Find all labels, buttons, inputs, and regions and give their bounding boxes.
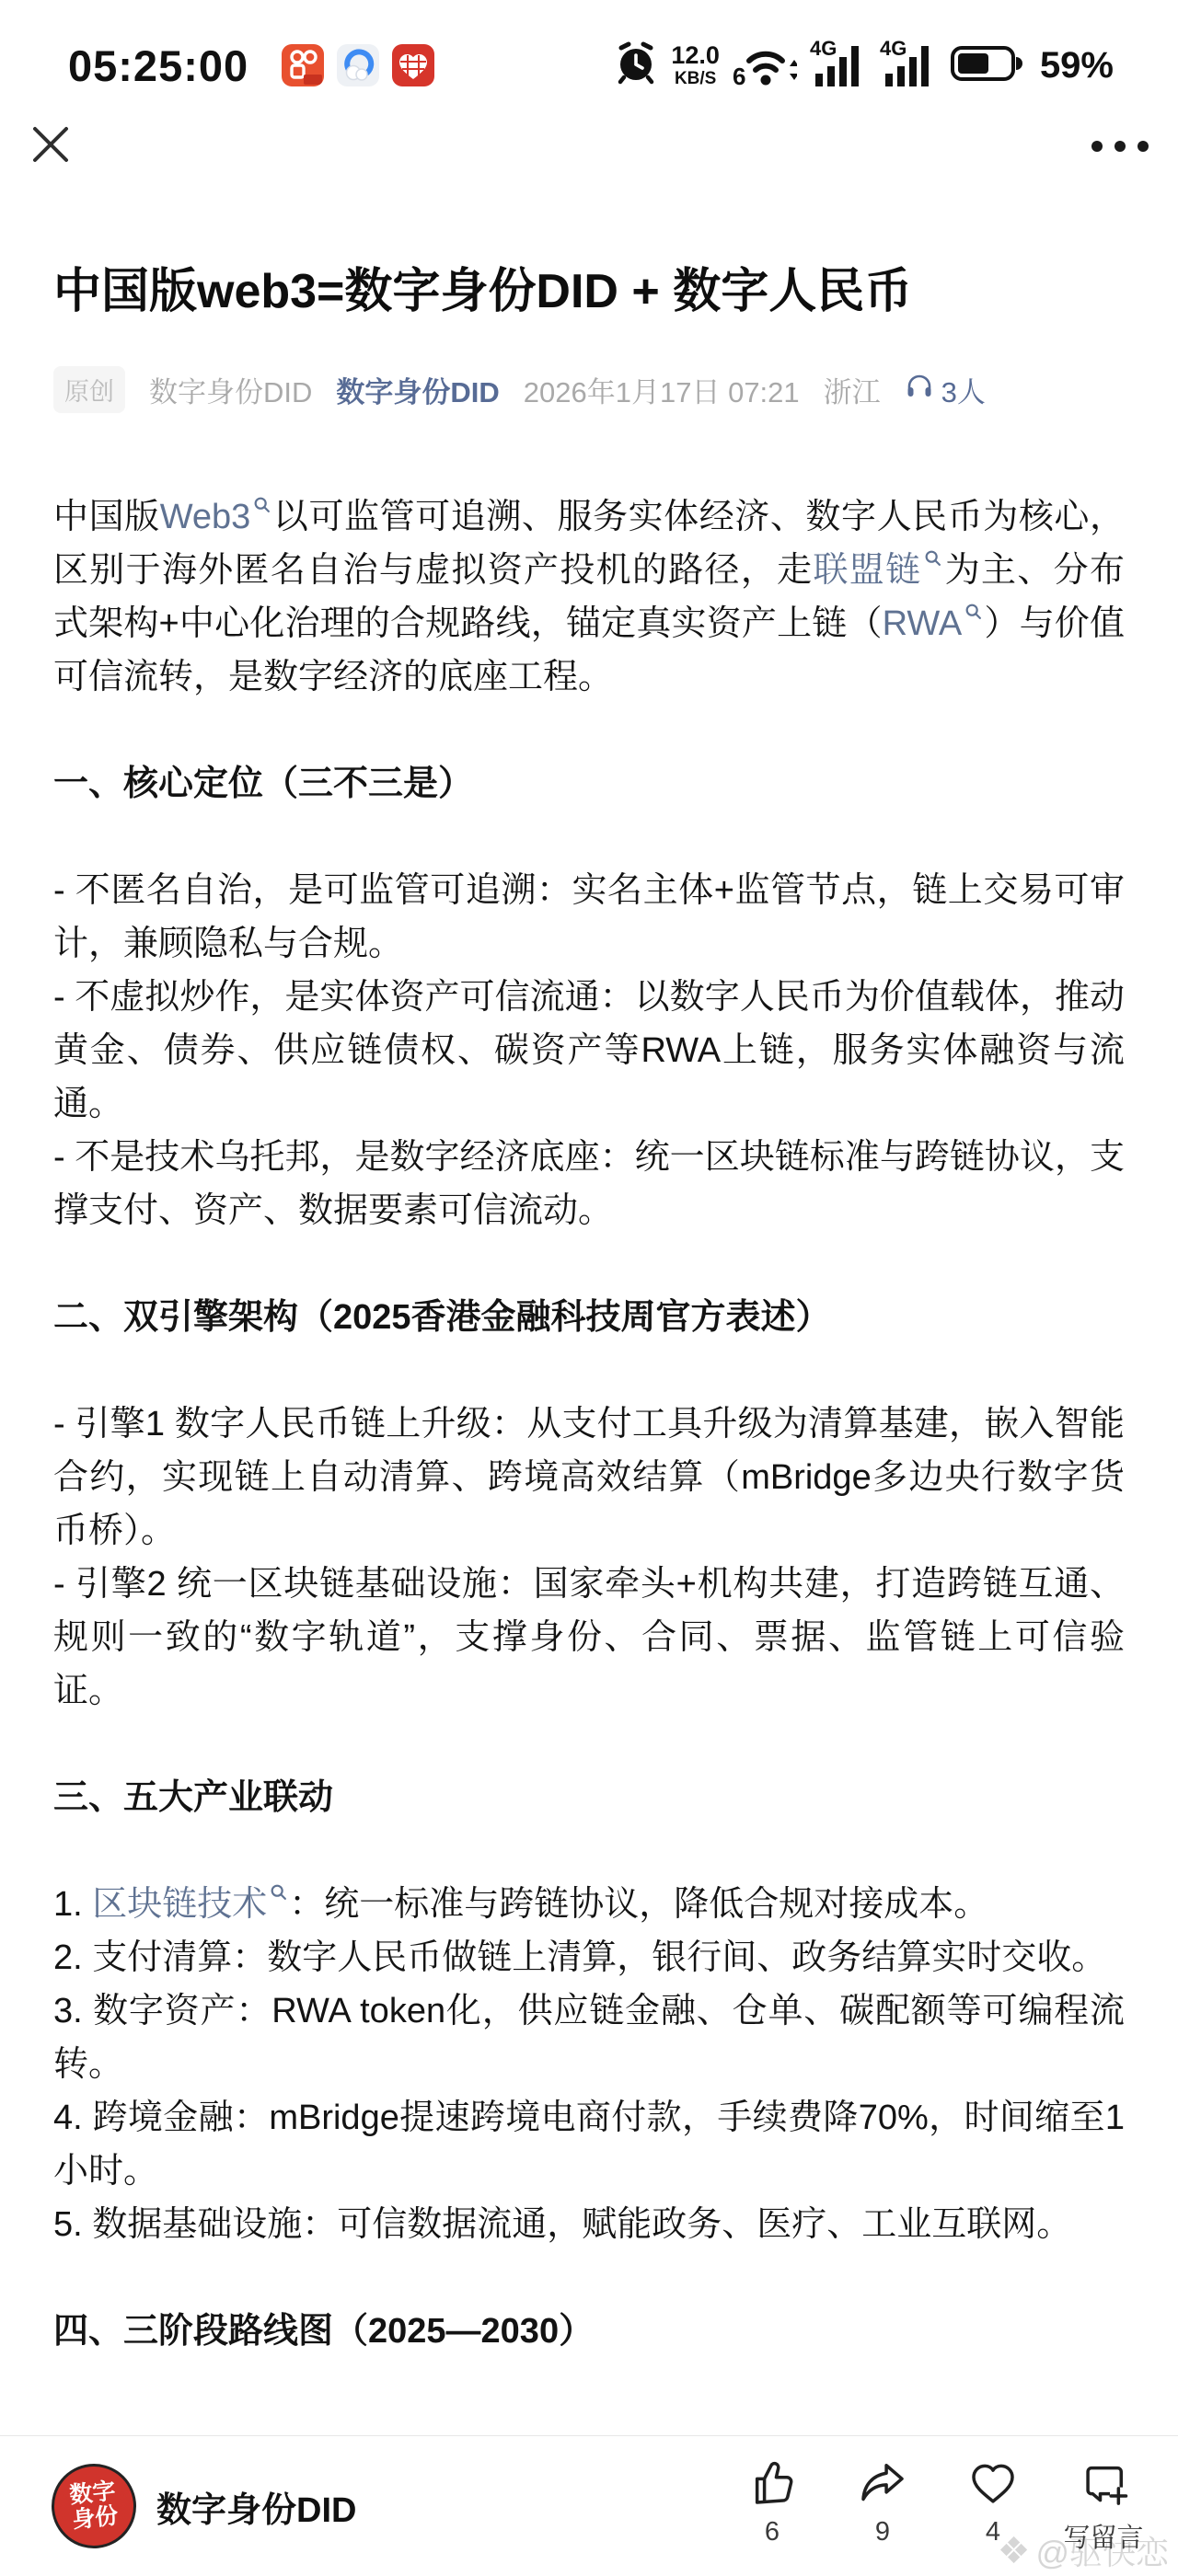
text-run: 一、核心定位（三不三是）	[53, 765, 473, 803]
text-run: - 不匿名自治，是可监管可追溯：实名主体+监管节点，链上交易可审计，兼顾隐私与合…	[53, 871, 1125, 963]
text-run: 中国版	[53, 498, 160, 536]
favorite-count: 4	[986, 2517, 1000, 2547]
paragraph: 5. 数据基础设施：可信数据流通，赋能政务、医疗、工业互联网。	[53, 2198, 1125, 2251]
paragraph: - 不匿名自治，是可监管可追溯：实名主体+监管节点，链上交易可审计，兼顾隐私与合…	[53, 864, 1125, 971]
paragraph: - 不虚拟炒作，是实体资产可信流通：以数字人民币为价值载体，推动黄金、债券、供应…	[53, 971, 1125, 1131]
account-name[interactable]: 数字身份DID	[156, 2481, 356, 2532]
text-run: - 不是技术乌托邦，是数字经济底座：统一区块链标准与跨链协议，支撑支付、资产、数…	[53, 1138, 1125, 1230]
text-run: - 引擎2 统一区块链基础设施：国家牵头+机构共建，打造跨链互通、规则一致的“数…	[53, 1565, 1125, 1710]
nav-bar	[0, 120, 1178, 173]
close-icon[interactable]	[29, 123, 72, 170]
account-area[interactable]: 数字 身份 数字身份DID	[52, 2464, 356, 2548]
like-button[interactable]: 6	[740, 2457, 804, 2555]
inline-search-link[interactable]: 联盟链	[814, 551, 944, 590]
publish-date: 2026年1月17日 07:21	[524, 369, 800, 410]
listeners-label: 3人	[941, 369, 986, 410]
section-heading: 三、五大产业联动	[53, 1771, 1125, 1824]
paragraph-spacer	[53, 2251, 1125, 2305]
status-time: 05:25:00	[68, 40, 248, 91]
svg-text:4G: 4G	[880, 39, 907, 60]
text-run: - 引擎1 数字人民币链上升级：从支付工具升级为清算基建，嵌入智能合约，实现链上…	[53, 1405, 1125, 1550]
account-avatar[interactable]: 数字 身份	[47, 2459, 140, 2552]
inline-search-link[interactable]: 区块链技术	[92, 1885, 289, 1924]
comment-label: 写留言	[1064, 2517, 1144, 2555]
author-name: 数字身份DID	[149, 369, 312, 410]
wechat-article-screen: 05:25:00	[0, 0, 1178, 2576]
favorite-button[interactable]: 4	[961, 2457, 1025, 2555]
search-sup-icon	[923, 548, 943, 569]
text-run: ：统一标准与跨链协议，降低合规对接成本。	[289, 1885, 988, 1924]
text-run: 2. 支付清算：数字人民币做链上清算，银行间、政务结算实时交收。	[53, 1938, 1106, 1977]
section-heading: 二、双引擎架构（2025香港金融科技周官方表述）	[53, 1291, 1125, 1344]
paragraph: - 引擎1 数字人民币链上升级：从支付工具升级为清算基建，嵌入智能合约，实现链上…	[53, 1397, 1125, 1558]
text-run: 四、三阶段路线图（2025—2030）	[53, 2312, 594, 2351]
text-run: 1.	[53, 1885, 92, 1924]
paragraph-spacer	[53, 1237, 1125, 1291]
search-sup-icon	[964, 602, 984, 622]
headphones-icon	[905, 372, 934, 408]
paragraph: 1. 区块链技术：统一标准与跨链协议，降低合规对接成本。	[53, 1878, 1125, 1931]
paragraph: - 引擎2 统一区块链基础设施：国家牵头+机构共建，打造跨链互通、规则一致的“数…	[53, 1558, 1125, 1718]
paragraph: 3. 数字资产：RWA token化，供应链金融、仓单、碳配额等可编程流转。	[53, 1984, 1125, 2091]
heart-icon	[967, 2457, 1019, 2513]
like-count: 6	[765, 2517, 780, 2547]
section-heading: 四、三阶段路线图（2025—2030）	[53, 2305, 1125, 2358]
status-indicators: 12.0 KB/S 6 4G	[614, 39, 1114, 93]
paragraph-spacer	[53, 811, 1125, 864]
share-arrow-icon	[857, 2457, 908, 2513]
share-button[interactable]: 9	[850, 2457, 915, 2555]
scroll-content[interactable]: 05:25:00	[0, 0, 1178, 2435]
article-byline: 原创 数字身份DID 数字身份DID 2026年1月17日 07:21 浙江 3…	[53, 366, 1125, 413]
paragraph: 2. 支付清算：数字人民币做链上清算，银行间、政务结算实时交收。	[53, 1931, 1125, 1984]
bottom-bar: 数字 身份 数字身份DID 6	[0, 2435, 1178, 2576]
network-speed: 12.0 KB/S	[671, 43, 720, 87]
original-badge: 原创	[53, 366, 125, 413]
paragraph: 中国版Web3以可监管可追溯、服务实体经济、数字人民币为核心，区别于海外匿名自治…	[53, 490, 1125, 704]
wifi-icon: 6	[733, 40, 797, 91]
paragraph: 4. 跨境金融：mBridge提速跨境电商付款，手续费降70%，时间缩至1小时。	[53, 2091, 1125, 2198]
more-options-icon[interactable]	[1091, 141, 1149, 152]
text-run: 3. 数字资产：RWA token化，供应链金融、仓单、碳配额等可编程流转。	[53, 1992, 1125, 2084]
publish-location: 浙江	[824, 369, 881, 410]
signal-sim2-icon: 4G	[880, 39, 937, 93]
article: 中国版web3=数字身份DID + 数字人民币 原创 数字身份DID 数字身份D…	[0, 263, 1178, 2358]
comment-bubble-icon	[1078, 2457, 1129, 2513]
inline-search-link[interactable]: Web3	[160, 498, 273, 536]
paragraph-spacer	[53, 1824, 1125, 1878]
text-run: 二、双引擎架构（2025香港金融科技周官方表述）	[53, 1298, 831, 1337]
search-sup-icon	[269, 1882, 289, 1903]
action-bar: 6 9 4	[740, 2457, 1136, 2555]
signal-sim1-icon: 4G	[810, 39, 867, 93]
article-title: 中国版web3=数字身份DID + 数字人民币	[53, 263, 1125, 320]
text-run: 三、五大产业联动	[53, 1778, 333, 1817]
notification-app1-icon	[282, 44, 324, 86]
notification-app2-icon	[337, 44, 379, 86]
notification-icons	[282, 44, 434, 86]
section-heading: 一、核心定位（三不三是）	[53, 757, 1125, 811]
svg-text:4G: 4G	[810, 39, 837, 60]
account-link[interactable]: 数字身份DID	[336, 369, 499, 410]
text-run: 4. 跨境金融：mBridge提速跨境电商付款，手续费降70%，时间缩至1小时。	[53, 2099, 1125, 2191]
text-run: 5. 数据基础设施：可信数据流通，赋能政务、医疗、工业互联网。	[53, 2205, 1071, 2244]
battery-percent: 59%	[1040, 45, 1114, 86]
share-count: 9	[875, 2517, 890, 2547]
svg-text:6: 6	[733, 63, 745, 86]
notification-app3-icon	[392, 44, 434, 86]
inline-search-link[interactable]: RWA	[883, 604, 985, 643]
thumbs-up-icon	[746, 2457, 798, 2513]
battery-icon	[950, 42, 1025, 89]
comment-button[interactable]: 写留言	[1071, 2457, 1136, 2555]
paragraph-spacer	[53, 1718, 1125, 1771]
text-run: - 不虚拟炒作，是实体资产可信流通：以数字人民币为价值载体，推动黄金、债券、供应…	[53, 978, 1125, 1123]
search-sup-icon	[252, 495, 272, 515]
listen-count[interactable]: 3人	[905, 369, 986, 410]
alarm-icon	[614, 41, 658, 90]
paragraph-spacer	[53, 1344, 1125, 1397]
status-bar: 05:25:00	[0, 35, 1178, 96]
article-body: 中国版Web3以可监管可追溯、服务实体经济、数字人民币为核心，区别于海外匿名自治…	[53, 490, 1125, 2358]
paragraph-spacer	[53, 704, 1125, 757]
paragraph: - 不是技术乌托邦，是数字经济底座：统一区块链标准与跨链协议，支撑支付、资产、数…	[53, 1131, 1125, 1237]
